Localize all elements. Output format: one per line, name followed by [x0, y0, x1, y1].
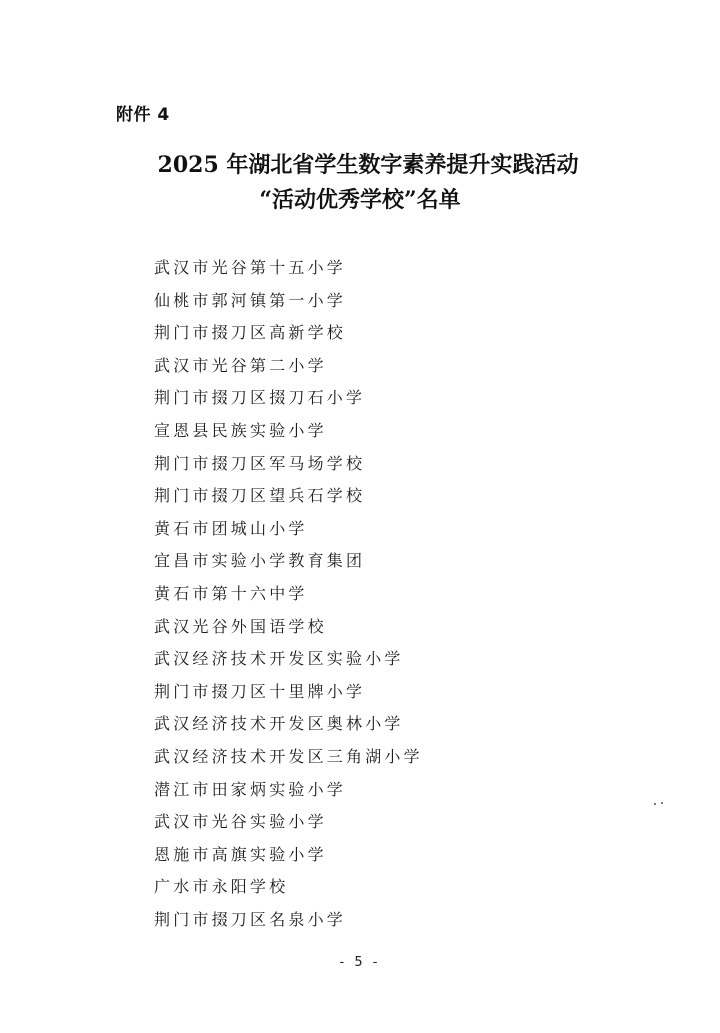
school-list-item: 武汉光谷外国语学校: [154, 611, 423, 644]
document-title-line-2: “活动优秀学校”名单: [0, 183, 720, 214]
scan-speck: [654, 803, 656, 805]
school-list-item: 宣恩县民族实验小学: [154, 415, 423, 448]
school-list-item: 仙桃市郭河镇第一小学: [154, 285, 423, 318]
school-list-item: 武汉市光谷第二小学: [154, 350, 423, 383]
page-number: - 5 -: [0, 955, 720, 970]
school-list-item: 黄石市第十六中学: [154, 578, 423, 611]
school-list-item: 荆门市掇刀区名泉小学: [154, 904, 423, 937]
school-list-item: 荆门市掇刀区掇刀石小学: [154, 382, 423, 415]
school-list-item: 潜江市田家炳实验小学: [154, 774, 423, 807]
attachment-label: 附件 4: [116, 100, 170, 125]
school-list-item: 恩施市高旗实验小学: [154, 839, 423, 872]
school-list-item: 荆门市掇刀区高新学校: [154, 317, 423, 350]
school-list-item: 荆门市掇刀区十里牌小学: [154, 676, 423, 709]
school-list-item: 武汉经济技术开发区奥林小学: [154, 708, 423, 741]
school-list-item: 宜昌市实验小学教育集团: [154, 545, 423, 578]
school-list-item: 黄石市团城山小学: [154, 513, 423, 546]
document-title-line-1: 2025 年湖北省学生数字素养提升实践活动: [0, 148, 720, 179]
school-list-item: 武汉经济技术开发区三角湖小学: [154, 741, 423, 774]
school-list-item: 广水市永阳学校: [154, 871, 423, 904]
school-list-item: 荆门市掇刀区望兵石学校: [154, 480, 423, 513]
scan-speck: [661, 802, 663, 804]
school-list-item: 武汉经济技术开发区实验小学: [154, 643, 423, 676]
school-list-item: 武汉市光谷实验小学: [154, 806, 423, 839]
school-list-item: 武汉市光谷第十五小学: [154, 252, 423, 285]
school-list: 武汉市光谷第十五小学 仙桃市郭河镇第一小学 荆门市掇刀区高新学校 武汉市光谷第二…: [154, 252, 423, 936]
school-list-item: 荆门市掇刀区军马场学校: [154, 448, 423, 481]
